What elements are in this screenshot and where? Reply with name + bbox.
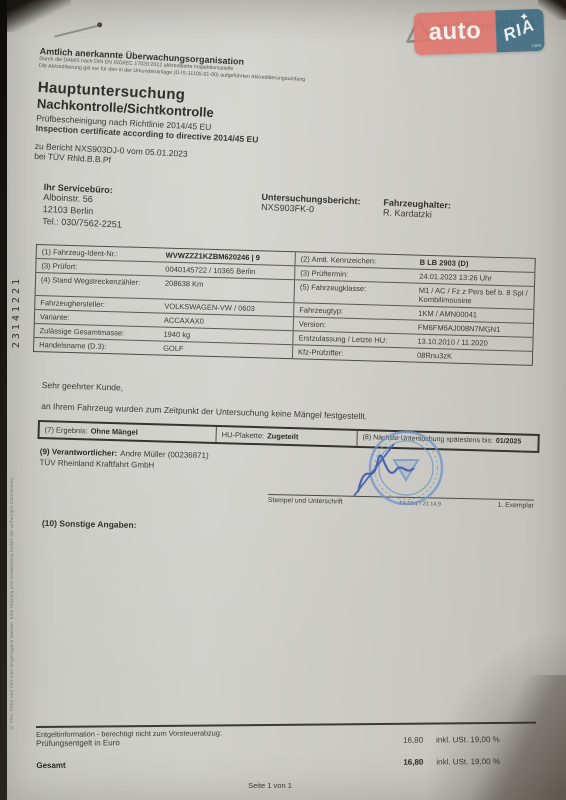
document-header: Amtlich anerkannte Überwachungsorganisat…	[34, 46, 469, 183]
total-label: Gesamt	[36, 761, 65, 770]
result-value: Ohne Mängel	[91, 426, 138, 436]
responsible-name: Andre Müller (00236871)	[120, 449, 209, 460]
watermark-com-label: .com	[531, 43, 542, 49]
photo-left-edge	[0, 0, 7, 800]
cell-label: Handelsname (D.3):	[34, 338, 160, 355]
cell-value: 08Rnu3zK	[413, 349, 532, 365]
round-stamp-icon	[370, 432, 442, 504]
sticker-cell: HU-Plakette:Zugeteilt	[215, 427, 356, 446]
responsible-label: (9) Verantwortlicher:	[40, 447, 118, 458]
stamp-and-signature	[350, 424, 454, 512]
cell-label: Kfz-Prüfziffer:	[292, 345, 413, 361]
watermark-ria-block: ✦ RIA .com	[495, 9, 544, 53]
total-amount: 16,80	[381, 758, 423, 767]
watermark-auto-block: auto	[413, 10, 496, 55]
margin-document-number: 23141221	[11, 276, 22, 348]
vehicle-data-table: (1) Fahrzeug-Ident-Nr.: WVWZZZ1KZBM62024…	[33, 244, 536, 366]
result-label: (7) Ergebnis:	[45, 425, 88, 435]
margin-fine-print: © TÜV, TUEV und TÜV sind eingetragene Ma…	[9, 438, 14, 730]
holder-block: Fahrzeughalter: R. Kardatzki	[382, 197, 530, 249]
watermark-auto-label: auto	[428, 17, 482, 49]
copy-label: 1. Exemplar	[498, 502, 534, 510]
sticker-value: Zugeteilt	[267, 431, 298, 441]
report-block: Untersuchungsbericht: NXS903FK-0	[260, 192, 384, 243]
next-inspection-value: 01/2025	[496, 438, 521, 446]
other-remarks-label: (10) Sonstige Angaben:	[42, 518, 137, 530]
cell-value: 208638 Km	[162, 277, 295, 303]
fee-section: Entgeltinformation - berechtigt nicht zu…	[36, 722, 536, 770]
auto-ria-watermark: auto ✦ RIA .com	[413, 9, 544, 56]
total-vat: inkl. USt. 19,00 %	[436, 757, 536, 767]
fee-amount: 16,80	[381, 736, 423, 745]
responsible-block: (9) Verantwortlicher:Andre Müller (00236…	[39, 446, 208, 472]
cell-value: GOLF	[160, 342, 292, 359]
result-cell: (7) Ergebnis:Ohne Mängel	[40, 422, 216, 442]
watermark-ria-label: RIA	[500, 15, 537, 46]
fee-vat: inkl. USt. 19,00 %	[436, 735, 536, 745]
fee-label: Prüfungsentgelt in Euro	[36, 738, 120, 748]
cell-label: (5) Fahrzeugklasse:	[293, 280, 415, 305]
sticker-label: HU-Plakette:	[222, 430, 265, 440]
cell-label: (4) Stand Wegstreckenzähler:	[36, 273, 163, 299]
page-number: Seite 1 von 1	[0, 781, 540, 790]
cell-value: M1 / AC / Fz z Pers bef b. 8 Spl / Kombi…	[414, 284, 534, 309]
